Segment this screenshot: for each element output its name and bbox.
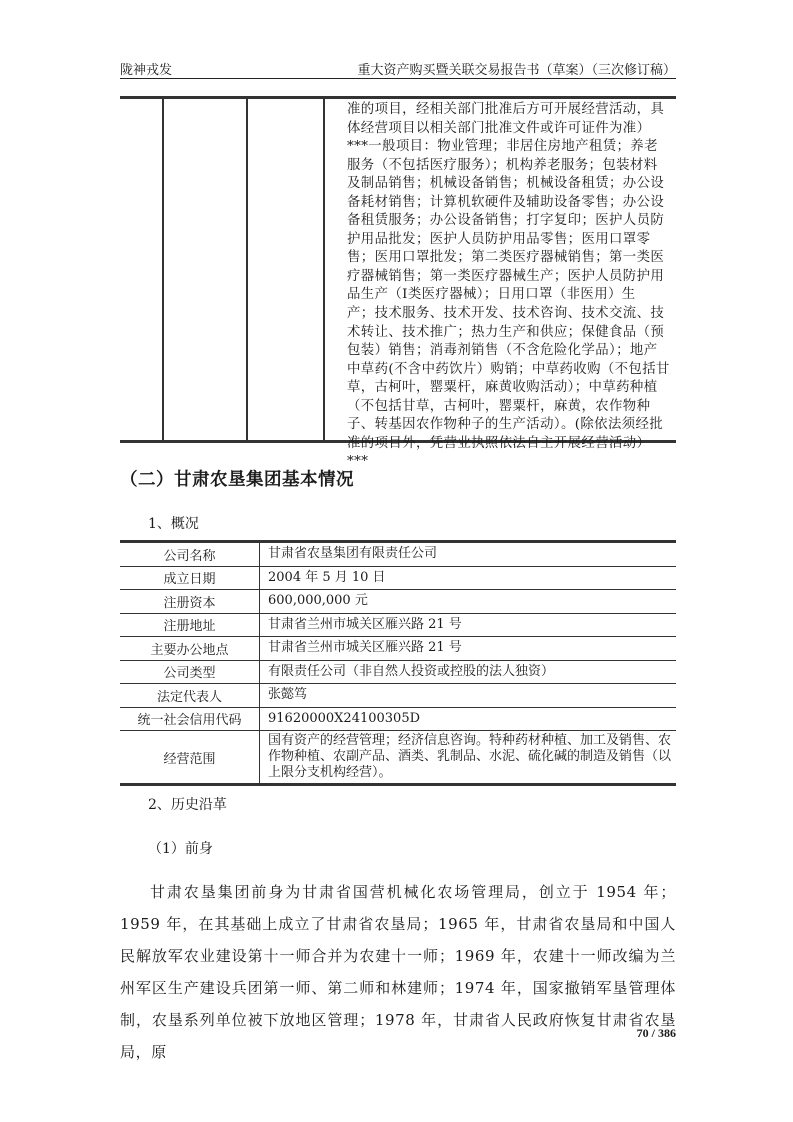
scope-line: 疗器械销售；第一类医疗器械生产；医护人员防护用 <box>347 268 673 287</box>
subheading-history: 2、历史沿革 <box>148 794 227 814</box>
scope-line: （不包括甘草，古柯叶，罂粟杆，麻黄，农作物种 <box>347 398 673 417</box>
scope-line: 包装）销售；消毒剂销售（不含危险化学品）；地产 <box>347 342 673 361</box>
business-scope-cell: 准的项目，经相关部门批准后方可开展经营活动，具 体经营项目以相关部门批准文件或许… <box>347 101 673 472</box>
scope-line: 护用品批发；医护人员防护用品零售；医用口罩零 <box>347 231 673 250</box>
table-row: 注册资本 600,000,000 元 <box>120 590 676 614</box>
row-value: 600,000,000 元 <box>260 590 677 614</box>
row-value: 91620000X24100305D <box>260 707 677 731</box>
table-row: 法定代表人 张懿笃 <box>120 684 676 708</box>
row-key: 统一社会信用代码 <box>120 707 260 731</box>
scope-line: ***一般项目：物业管理；非居住房地产租赁；养老 <box>347 138 673 157</box>
header-document-title: 重大资产购买暨关联交易报告书（草案）（三次修订稿） <box>357 59 676 78</box>
continued-table: 准的项目，经相关部门批准后方可开展经营活动，具 体经营项目以相关部门批准文件或许… <box>120 96 676 443</box>
row-key: 公司类型 <box>120 660 260 684</box>
table-row: 统一社会信用代码 91620000X24100305D <box>120 707 676 731</box>
scope-line: 子、转基因农作物种子的生产活动）。(除依法须经批 <box>347 416 673 435</box>
row-value: 2004 年 5 月 10 日 <box>260 566 677 590</box>
row-key: 主要办公地点 <box>120 637 260 661</box>
row-value: 甘肃省兰州市城关区雁兴路 21 号 <box>260 613 677 637</box>
scope-line: 产；技术服务、技术开发、技术咨询、技术交流、技 <box>347 305 673 324</box>
row-key: 注册资本 <box>120 590 260 614</box>
table-row: 公司类型 有限责任公司（非自然人投资或控股的法人独资） <box>120 660 676 684</box>
subheading-overview: 1、概况 <box>148 513 199 533</box>
column-divider <box>246 99 248 440</box>
scope-line: *** <box>347 453 673 472</box>
scope-line: 准的项目外，凭营业执照依法自主开展经营活动） <box>347 435 673 454</box>
section-heading: （二）甘肃农垦集团基本情况 <box>120 466 354 491</box>
row-key: 法定代表人 <box>120 684 260 708</box>
table-row: 公司名称 甘肃省农垦集团有限责任公司 <box>120 542 676 567</box>
table-row: 主要办公地点 甘肃省兰州市城关区雁兴路 21 号 <box>120 637 676 661</box>
scope-line: 术转让、技术推广；热力生产和供应；保健食品（预 <box>347 324 673 343</box>
column-divider <box>162 99 164 440</box>
scope-line: 体经营项目以相关部门批准文件或许可证件为准） <box>347 120 673 139</box>
row-value: 国有资产的经营管理；经济信息咨询。特种药材种植、加工及销售、农作物种植、农副产品… <box>260 731 677 785</box>
subheading-predecessor: （1）前身 <box>148 838 213 858</box>
row-value: 有限责任公司（非自然人投资或控股的法人独资） <box>260 660 677 684</box>
table-row: 注册地址 甘肃省兰州市城关区雁兴路 21 号 <box>120 613 676 637</box>
row-key: 公司名称 <box>120 542 260 567</box>
scope-line: 中草药(不含中药饮片）购销；中草药收购（不包括甘 <box>347 361 673 380</box>
scope-line: 品生产（Ⅰ类医疗器械）；日用口罩（非医用）生 <box>347 286 673 305</box>
row-value: 张懿笃 <box>260 684 677 708</box>
scope-line: 准的项目，经相关部门批准后方可开展经营活动，具 <box>347 101 673 120</box>
row-key: 成立日期 <box>120 566 260 590</box>
history-paragraph: 甘肃农垦集团前身为甘肃省国营机械化农场管理局，创立于 1954 年；1959 年… <box>120 876 676 1068</box>
row-key: 经营范围 <box>120 731 260 785</box>
scope-line: 及制品销售；机械设备销售；机械设备租赁；办公设 <box>347 175 673 194</box>
page-header: 陇神戎发 重大资产购买暨关联交易报告书（草案）（三次修订稿） <box>120 56 676 79</box>
row-value: 甘肃省农垦集团有限责任公司 <box>260 542 677 567</box>
table-row: 经营范围 国有资产的经营管理；经济信息咨询。特种药材种植、加工及销售、农作物种植… <box>120 731 676 785</box>
scope-line: 草，古柯叶，罂粟杆，麻黄收购活动）；中草药种植 <box>347 379 673 398</box>
column-divider <box>323 99 325 440</box>
overview-table: 公司名称 甘肃省农垦集团有限责任公司 成立日期 2004 年 5 月 10 日 … <box>120 540 676 786</box>
scope-line: 售；医用口罩批发；第二类医疗器械销售；第一类医 <box>347 249 673 268</box>
table-row: 成立日期 2004 年 5 月 10 日 <box>120 566 676 590</box>
scope-line: 备租赁服务；办公设备销售；打字复印；医护人员防 <box>347 212 673 231</box>
header-company: 陇神戎发 <box>120 59 172 78</box>
row-key: 注册地址 <box>120 613 260 637</box>
scope-line: 备耗材销售；计算机软硬件及辅助设备零售；办公设 <box>347 194 673 213</box>
page-number: 70 / 386 <box>637 1026 676 1041</box>
scope-line: 服务（不包括医疗服务）；机构养老服务；包装材料 <box>347 157 673 176</box>
row-value: 甘肃省兰州市城关区雁兴路 21 号 <box>260 637 677 661</box>
